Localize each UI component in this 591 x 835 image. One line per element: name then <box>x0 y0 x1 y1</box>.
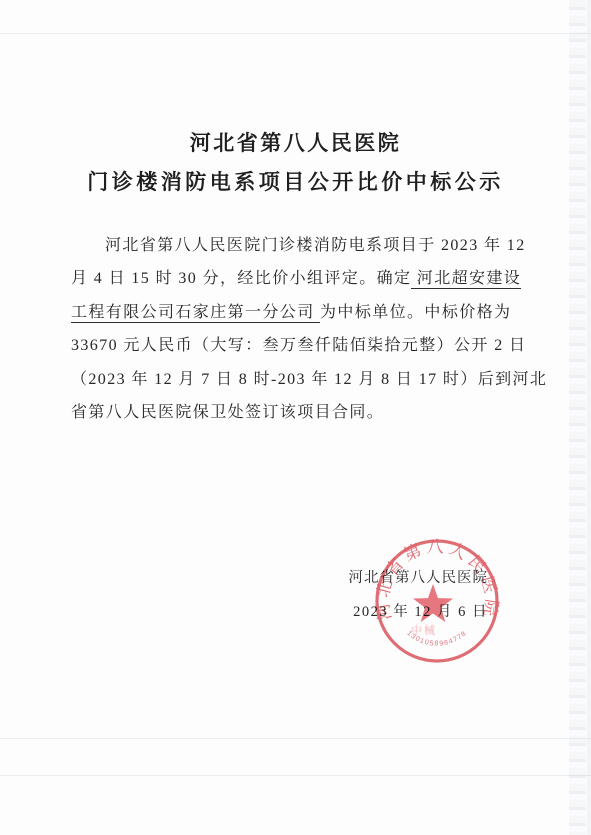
red-star-icon <box>413 584 453 622</box>
body-line: 省第八人民医院保卫处签订该项目合同。 <box>71 396 526 429</box>
body-text: 33670 元人民币（大写：叁万叁仟陆佰柒拾元整）公开 2 日 <box>71 337 526 354</box>
scanned-document-page: 河北省第八人民医院 门诊楼消防电系项目公开比价中标公示 河北省第八人民医院门诊楼… <box>0 0 591 835</box>
underlined-company-name: 河北超安建设 <box>411 270 521 289</box>
body-text: 月 4 日 15 时 30 分，经比价小组评定。确定 <box>71 270 411 287</box>
scan-artifact-line <box>0 33 591 34</box>
body-text: 为中标单位。中标价格为 <box>320 304 511 321</box>
body-text: 省第八人民医院保卫处签订该项目合同。 <box>71 404 384 421</box>
title-line-1: 河北省第八人民医院 <box>0 127 591 157</box>
scan-artifact-band <box>569 0 586 835</box>
scan-artifact-line <box>0 738 591 739</box>
body-line: 33670 元人民币（大写：叁万叁仟陆佰柒拾元整）公开 2 日 <box>71 329 526 362</box>
title-line-2: 门诊楼消防电系项目公开比价中标公示 <box>0 166 591 196</box>
scan-artifact-line <box>0 775 591 776</box>
body-line: （2023 年 12 月 7 日 8 时-203 年 12 月 8 日 17 时… <box>71 363 526 396</box>
body-line: 河北省第八人民医院门诊楼消防电系项目于 2023 年 12 <box>71 229 526 262</box>
body-text: 河北省第八人民医院门诊楼消防电系项目于 2023 年 12 <box>105 237 526 254</box>
body-text: （2023 年 12 月 7 日 8 时-203 年 12 月 8 日 17 时… <box>71 371 547 388</box>
document-title: 河北省第八人民医院 门诊楼消防电系项目公开比价中标公示 <box>0 127 591 196</box>
scan-artifact-band <box>587 0 591 835</box>
body-line: 月 4 日 15 时 30 分，经比价小组评定。确定 河北超安建设 <box>71 262 526 295</box>
body-line: 工程有限公司石家庄第一分公司 为中标单位。中标价格为 <box>71 296 526 329</box>
body-paragraph: 河北省第八人民医院门诊楼消防电系项目于 2023 年 12月 4 日 15 时 … <box>71 229 526 429</box>
underlined-company-name: 工程有限公司石家庄第一分公司 <box>71 304 320 323</box>
official-seal-stamp: 河北省第八人民医院 中械 1301058964778 <box>371 535 503 667</box>
